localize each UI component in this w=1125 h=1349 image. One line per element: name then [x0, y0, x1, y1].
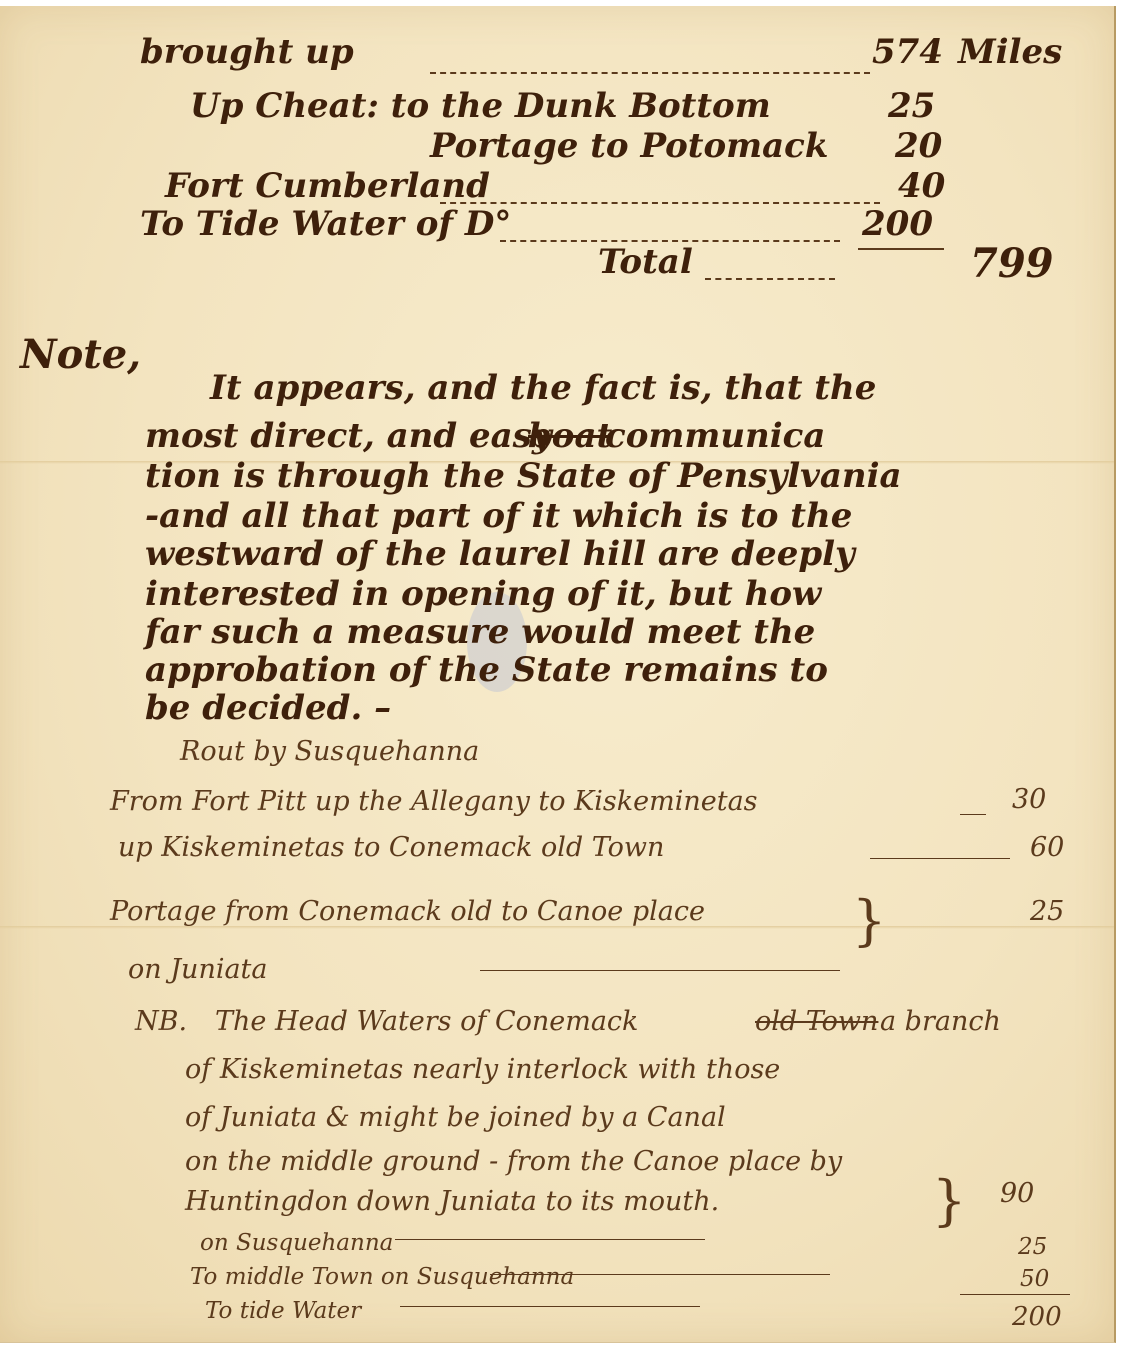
leader-rule — [960, 814, 986, 815]
tally-row-value: 20 — [895, 126, 942, 166]
route-row-value: 30 — [1012, 784, 1046, 815]
route-heading: Rout by Susquehanna — [180, 736, 479, 767]
note-heading: Note, — [20, 331, 141, 378]
leader-rule — [490, 1274, 830, 1275]
nb-value: 90 — [1000, 1178, 1034, 1209]
route-row-label: up Kiskeminetas to Conemack old Town — [118, 832, 664, 863]
tally-row-value: 25 — [888, 86, 935, 126]
leader-rule — [480, 970, 840, 971]
nb-line: on the middle ground - from the Canoe pl… — [185, 1146, 842, 1177]
nb-line: of Juniata & might be joined by a Canal — [185, 1102, 726, 1133]
nb-line: a branch — [880, 1006, 1001, 1037]
nb-struck-words: old Town — [755, 1006, 878, 1037]
note-line: communica — [605, 416, 825, 456]
leader-rule — [870, 858, 1010, 859]
nb-prefix: NB. — [135, 1006, 187, 1037]
grouping-brace: } — [852, 894, 886, 948]
route-row-label: To middle Town on Susquehanna — [190, 1264, 574, 1290]
note-line: interested in opening of it, but how — [145, 574, 821, 614]
nb-line: The Head Waters of Conemack — [215, 1006, 638, 1037]
note-line: most direct, and easy — [145, 416, 552, 456]
tally-row-label: brought up — [140, 32, 354, 72]
sum-rule — [858, 248, 944, 250]
note-line: It appears, and the fact is, that the — [210, 368, 876, 408]
tally-row-label: Portage to Potomack — [430, 126, 828, 166]
sum-rule — [960, 1294, 1070, 1295]
route-row-value: 25 — [1018, 1234, 1047, 1260]
manuscript-page: brought up 574 Miles Up Cheat: to the Du… — [0, 6, 1116, 1343]
route-row-label: on Juniata — [128, 954, 268, 985]
tally-total-label: Total — [598, 242, 693, 282]
tally-row-value: 200 — [862, 204, 933, 244]
note-line: approbation of the State remains to — [145, 650, 828, 690]
route-total-value: 200 — [1012, 1302, 1062, 1332]
note-line: far such a measure would meet the — [145, 612, 815, 652]
route-row-label: Portage from Conemack old to Canoe place — [110, 896, 705, 927]
tally-total-value: 799 — [970, 240, 1054, 287]
route-row-label: on Susquehanna — [200, 1230, 393, 1256]
note-line: be decided. – — [145, 688, 391, 728]
leader-rule — [395, 1239, 705, 1240]
tally-unit: Miles — [958, 32, 1062, 72]
leader-dashes — [430, 72, 870, 74]
leader-dashes — [705, 278, 835, 280]
tally-row-label: To Tide Water of D° — [140, 204, 511, 244]
tally-row-label: Up Cheat: to the Dunk Bottom — [190, 86, 771, 126]
note-line: westward of the laurel hill are deeply — [145, 534, 855, 574]
note-line: tion is through the State of Pensylvania — [145, 456, 902, 496]
note-struck-word: boat — [528, 416, 612, 456]
route-row-label: From Fort Pitt up the Allegany to Kiskem… — [110, 786, 758, 817]
route-row-value: 60 — [1030, 832, 1064, 863]
tally-row-value: 574 — [872, 32, 943, 72]
leader-rule — [400, 1306, 700, 1307]
tally-row-value: 40 — [898, 166, 945, 206]
nb-line: Huntingdon down Juniata to its mouth. — [185, 1186, 719, 1217]
note-line: -and all that part of it which is to the — [145, 496, 852, 536]
grouping-brace: } — [932, 1174, 966, 1228]
route-row-value: 50 — [1020, 1266, 1049, 1292]
route-row-label: To tide Water — [205, 1298, 361, 1324]
nb-line: of Kiskeminetas nearly interlock with th… — [185, 1054, 780, 1085]
tally-row-label: Fort Cumberland — [165, 166, 490, 206]
route-row-value: 25 — [1030, 896, 1064, 927]
